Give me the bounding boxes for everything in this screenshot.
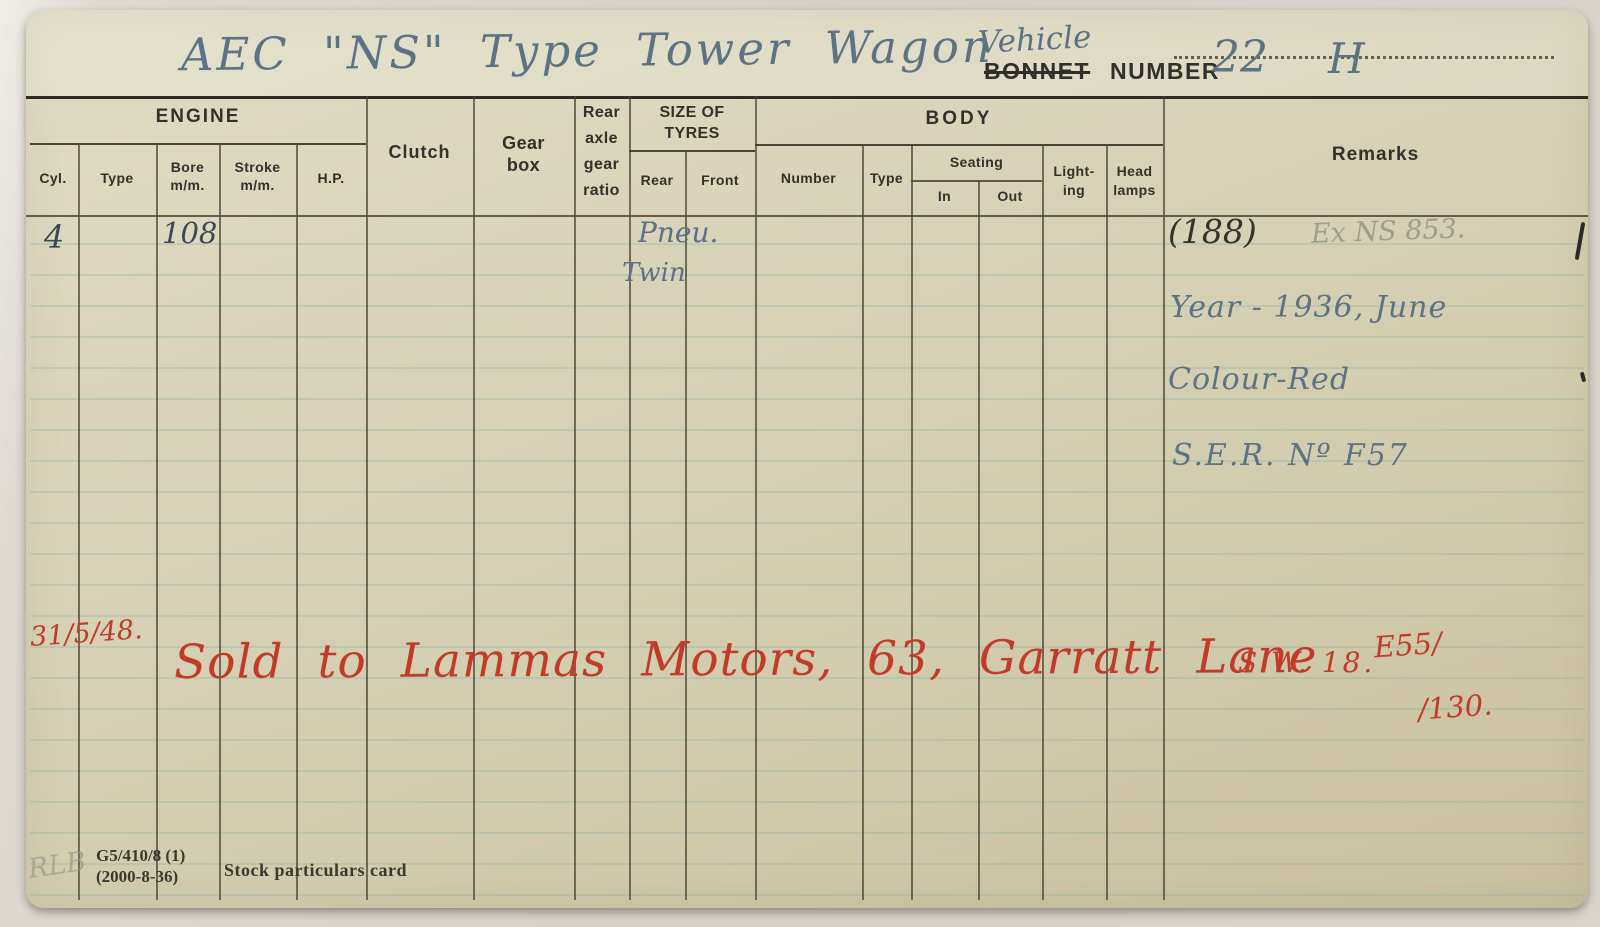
remark-pencil-ex-ns: Ex NS 853. — [1311, 213, 1466, 249]
edge-ink-mark-mid — [1580, 372, 1586, 383]
seating-underline — [911, 180, 1042, 182]
entry-cyl: 4 — [44, 218, 64, 256]
col-gearbox: Gear box — [473, 132, 574, 176]
col-type: Type — [78, 170, 156, 186]
col-body-group: BODY — [755, 108, 1163, 130]
vline-bore-stroke — [219, 143, 221, 900]
vehicle-handwritten-label: Vehicle — [977, 19, 1092, 61]
col-remarks: Remarks — [1163, 144, 1588, 166]
vline-type-bore — [156, 143, 158, 900]
remark-colour: Colour-Red — [1168, 362, 1350, 397]
vline-cyl-type — [78, 143, 80, 900]
vline-in-out — [978, 180, 980, 900]
vehicle-number-value-h: H — [1328, 34, 1365, 83]
col-seating-in: In — [911, 188, 978, 204]
footer-form-reference: G5/410/8 (1) (2000-8-36) — [96, 845, 185, 887]
disposal-ref-top: E55/ — [1373, 626, 1443, 665]
body-underline — [755, 144, 1163, 146]
col-tyre-rear: Rear — [629, 172, 685, 188]
bonnet-number-line: BONNET NUMBER — [984, 58, 1220, 85]
edge-ink-mark-top — [1575, 222, 1586, 260]
col-rear-axle: Rear axle gear ratio — [574, 100, 629, 204]
vline-gearbox-rearaxle — [574, 96, 576, 900]
vehicle-number-value-22: 22 — [1212, 32, 1268, 83]
remark-fleet-ref: (188) — [1168, 212, 1257, 251]
vline-rearaxle-tyres — [629, 96, 631, 900]
col-clutch: Clutch — [366, 142, 473, 163]
entry-bore: 108 — [162, 216, 217, 250]
record-card: AEC "NS" Type Tower Wagon Vehicle BONNET… — [26, 10, 1588, 908]
table-top-line — [26, 96, 1588, 99]
footer-card-name: Stock particulars card — [224, 860, 407, 881]
card-title-handwritten: AEC "NS" Type Tower Wagon — [181, 20, 994, 82]
col-seating-out: Out — [978, 188, 1042, 204]
vline-body-remarks — [1163, 96, 1165, 900]
vline-out-lighting — [1042, 144, 1044, 900]
bonnet-label: BONNET — [984, 58, 1090, 84]
disposal-text: Sold to Lammas Motors, 63, Garratt Lane — [174, 629, 1318, 690]
col-lighting: Light- ing — [1042, 162, 1106, 200]
vline-lighting-head — [1106, 144, 1108, 900]
vline-type-seating — [911, 144, 913, 900]
col-head-lamps: Head lamps — [1106, 162, 1163, 200]
entry-tyre-rear-twin: Twin — [622, 258, 686, 288]
number-label: NUMBER — [1110, 58, 1220, 84]
col-hp: H.P. — [296, 170, 366, 186]
disposal-ref-bottom: /130. — [1417, 687, 1494, 726]
col-body-type: Type — [862, 170, 911, 186]
vline-clutch-gearbox — [473, 96, 475, 900]
vline-number-type — [862, 144, 864, 900]
engine-underline — [30, 143, 366, 145]
disposal-district: S.W. 18. — [1238, 646, 1375, 679]
col-seating: Seating — [911, 154, 1042, 170]
remark-year: Year - 1936, June — [1170, 290, 1447, 325]
vline-tyres-body — [755, 96, 757, 900]
entry-tyre-rear-pneu: Pneu. — [638, 216, 718, 249]
col-cyl: Cyl. — [28, 170, 78, 186]
vline-stroke-hp — [296, 143, 298, 900]
col-bore: Bore m/m. — [156, 158, 219, 194]
col-body-number: Number — [755, 170, 862, 186]
col-tyres-group: SIZE OF TYRES — [629, 102, 755, 144]
col-engine-group: ENGINE — [30, 106, 366, 128]
remark-ser-number: S.E.R. Nº F57 — [1172, 438, 1409, 473]
disposal-date: 31/5/48. — [29, 614, 144, 653]
col-tyre-front: Front — [685, 172, 755, 188]
vline-hp-clutch — [366, 96, 368, 900]
tyres-underline — [629, 150, 755, 152]
col-stroke: Stroke m/m. — [219, 158, 296, 194]
